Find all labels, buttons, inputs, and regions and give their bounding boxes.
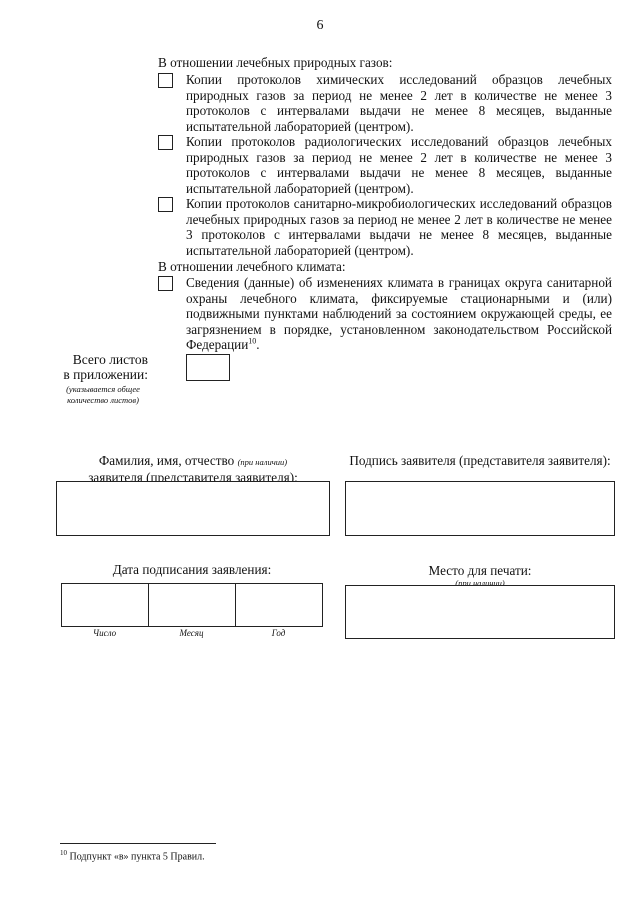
date-day-input[interactable]: [62, 584, 149, 626]
date-year-input[interactable]: [236, 584, 322, 626]
checkbox-radiological-protocols[interactable]: [158, 135, 173, 150]
date-month-caption: Месяц: [148, 628, 235, 638]
list-item: Копии протоколов химических исследований…: [158, 72, 612, 134]
footnote-divider: [60, 843, 216, 844]
footnote: 10 Подпункт «в» пункта 5 Правил.: [60, 849, 205, 862]
total-sheets-label: Всего листов в приложении:: [52, 352, 148, 382]
item-text: Копии протоколов санитарно-микробиологич…: [186, 196, 612, 258]
signing-date-fields: [61, 583, 323, 627]
page-number: 6: [0, 18, 640, 34]
section-heading-climate: В отношении лечебного климата:: [158, 259, 346, 274]
list-item: Копии протоколов санитарно-микробиологич…: [158, 196, 612, 258]
applicant-name-input[interactable]: [56, 481, 330, 536]
section-heading-gases: В отношении лечебных природных газов:: [158, 55, 392, 70]
date-day-caption: Число: [61, 628, 148, 638]
applicant-signature-label: Подпись заявителя (представителя заявите…: [345, 453, 615, 468]
item-text: Копии протоколов химических исследований…: [186, 72, 612, 134]
item-text: Копии протоколов радиологических исследо…: [186, 134, 612, 196]
checkbox-climate-data[interactable]: [158, 276, 173, 291]
signing-date-label: Дата подписания заявления:: [61, 562, 323, 577]
total-sheets-input[interactable]: [186, 354, 230, 381]
list-item: Сведения (данные) об изменениях климата …: [158, 275, 612, 355]
date-month-input[interactable]: [149, 584, 236, 626]
date-year-caption: Год: [235, 628, 322, 638]
applicant-signature-input[interactable]: [345, 481, 615, 536]
item-text: Сведения (данные) об изменениях климата …: [186, 275, 612, 353]
list-item: Копии протоколов радиологических исследо…: [158, 134, 612, 196]
stamp-place-box[interactable]: [345, 585, 615, 639]
checkbox-chemical-protocols[interactable]: [158, 73, 173, 88]
total-sheets-note: (указывается общее количество листов): [58, 384, 148, 405]
checkbox-microbiological-protocols[interactable]: [158, 197, 173, 212]
